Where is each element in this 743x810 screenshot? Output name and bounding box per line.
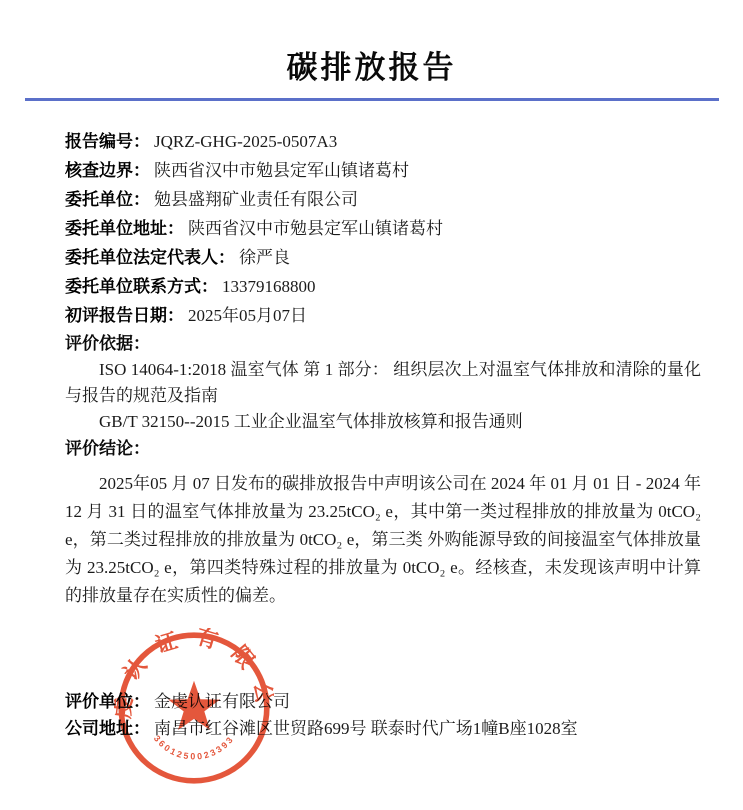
- report-page: 碳排放报告 报告编号：JQRZ-GHG-2025-0507A3 核查边界：陕西省…: [0, 0, 743, 810]
- field-report-number: 报告编号：JQRZ-GHG-2025-0507A3: [65, 127, 701, 156]
- field-value: 13379168800: [222, 277, 316, 296]
- evaluation-basis-label: 评价依据：: [65, 330, 701, 357]
- field-label: 委托单位联系方式：: [65, 277, 218, 296]
- field-client-address: 委托单位地址：陕西省汉中市勉县定军山镇诸葛村: [65, 214, 701, 243]
- field-verification-boundary: 核查边界：陕西省汉中市勉县定军山镇诸葛村: [65, 156, 701, 185]
- field-value: 陕西省汉中市勉县定军山镇诸葛村: [154, 161, 409, 180]
- evaluation-conclusion-label: 评价结论：: [65, 435, 701, 462]
- basis-item-gbt: GB/T 32150--2015 工业企业温室气体排放核算和报告通则: [65, 409, 701, 435]
- field-value: 陕西省汉中市勉县定军山镇诸葛村: [188, 219, 443, 238]
- field-value: 勉县盛翔矿业责任有限公司: [154, 190, 358, 209]
- field-initial-report-date: 初评报告日期：2025年05月07日: [65, 301, 701, 330]
- field-label: 初评报告日期：: [65, 306, 184, 325]
- field-value: 2025年05月07日: [188, 306, 307, 325]
- field-legal-representative: 委托单位法定代表人：徐严良: [65, 243, 701, 272]
- field-label: 委托单位法定代表人：: [65, 248, 235, 267]
- company-seal: 金虔认证有限公司 3601250023393: [114, 628, 274, 788]
- field-client-unit: 委托单位：勉县盛翔矿业责任有限公司: [65, 185, 701, 214]
- report-body: 报告编号：JQRZ-GHG-2025-0507A3 核查边界：陕西省汉中市勉县定…: [65, 127, 701, 610]
- page-title: 碳排放报告: [0, 42, 743, 87]
- field-value: 徐严良: [239, 248, 290, 267]
- field-label: 委托单位地址：: [65, 219, 184, 238]
- title-divider: [25, 98, 719, 101]
- field-contact-phone: 委托单位联系方式：13379168800: [65, 272, 701, 301]
- evaluation-basis-section: 评价依据： ISO 14064-1:2018 温室气体 第 1 部分： 组织层次…: [65, 330, 701, 435]
- seal-serial-number: 3601250023393: [152, 733, 236, 761]
- field-label: 报告编号：: [65, 132, 150, 151]
- evaluation-conclusion-section: 评价结论： 2025年05 月 07 日发布的碳排放报告中声明该公司在 2024…: [65, 435, 701, 610]
- seal-star-icon: [168, 681, 220, 730]
- conclusion-paragraph: 2025年05 月 07 日发布的碳排放报告中声明该公司在 2024 年 01 …: [65, 470, 701, 610]
- field-label: 委托单位：: [65, 190, 150, 209]
- field-value: JQRZ-GHG-2025-0507A3: [154, 132, 337, 151]
- field-label: 核查边界：: [65, 161, 150, 180]
- basis-item-iso: ISO 14064-1:2018 温室气体 第 1 部分： 组织层次上对温室气体…: [65, 357, 701, 409]
